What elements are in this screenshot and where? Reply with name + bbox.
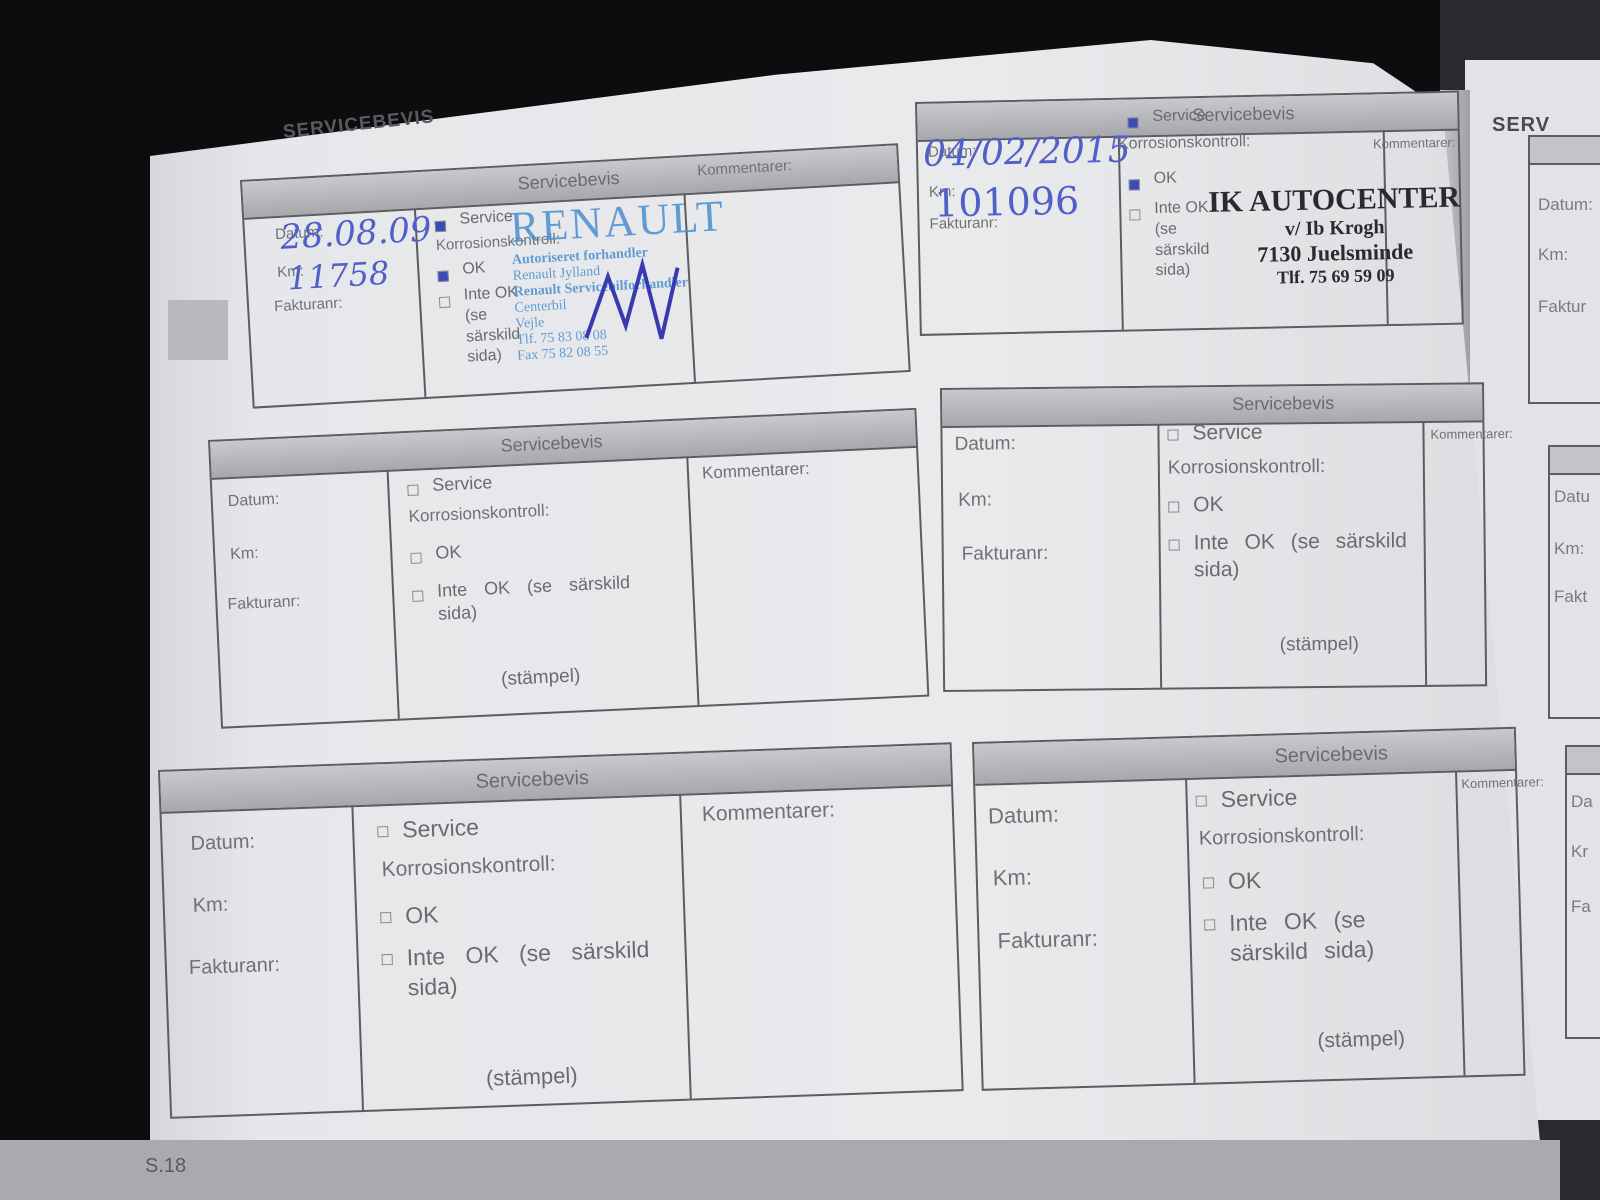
checkbox-icon [410,552,421,563]
stamp-label: (stämpel) [486,1063,579,1092]
comments-label: Kommentarer: [702,459,810,484]
card-header [1530,137,1600,165]
comments-label: Kommentarer: [701,798,835,827]
invoice-label: Fakt [1554,587,1587,607]
not-ok-checkbox[interactable]: Inte OK (se särskild sida) [1204,902,1461,969]
checkbox-icon [382,954,393,965]
service-checkbox[interactable]: Service [407,471,493,498]
checkbox-icon [412,590,423,601]
service-card-bottom-left: Servicebevis Datum: Km: Fakturanr: Servi… [158,742,964,1118]
checkbox-icon [1204,919,1215,930]
checkbox-icon [1168,502,1179,513]
ok-checkbox[interactable]: OK [380,900,439,932]
corrosion-label: Korrosionskontroll: [1118,133,1251,154]
card-header-title: Servicebevis [500,431,603,457]
service-card-middle-left: Servicebevis Datum: Km: Fakturanr: Servi… [208,408,929,729]
checkbox-icon [1203,877,1214,888]
checkbox-icon [1167,430,1178,441]
km-label: Km: [230,545,259,564]
invoice-label: Faktur [1538,297,1586,317]
service-card-middle-right: Servicebevis Datum: Km: Fakturanr: Servi… [940,382,1487,692]
date-label: Da [1571,792,1593,812]
handwritten-date: 04/02/2015 [923,130,1131,175]
corrosion-label: Korrosionskontroll: [1168,456,1326,480]
ok-checkbox[interactable]: OK [410,541,462,567]
invoice-label: Fakturanr: [997,926,1098,955]
service-card-bottom-right: Servicebevis Datum: Km: Fakturanr: Servi… [972,727,1526,1091]
right-page-card-2: Datu Km: Fakt [1548,445,1600,719]
ok-checkbox[interactable]: OK [1203,866,1262,898]
date-label: Datum: [190,831,255,856]
invoice-label: Fakturanr: [189,954,281,980]
card-header-title: Servicebevis [517,168,620,195]
not-ok-checkbox[interactable]: Inte OK (se särskild sida) [381,934,683,1004]
card-header-title: Servicebevis [1192,103,1294,126]
not-ok-checkbox[interactable]: Inte OK (se särskild sida) [1129,198,1211,283]
stamp-label: (stämpel) [1317,1027,1405,1053]
ok-checkbox[interactable]: OK [1168,491,1224,519]
stamp-label: (stämpel) [501,665,581,691]
date-label: Datum: [954,433,1015,456]
service-checkbox[interactable]: Service [1127,106,1206,129]
checkbox-icon [407,485,418,496]
card-header [1567,747,1600,775]
comments-label: Kommentarer: [1373,135,1456,152]
km-label: Km: [192,894,228,918]
date-label: Datum: [1538,195,1593,215]
dealer-stamp-ik-autocenter: IK AUTOCENTER v/ Ib Krogh 7130 Juelsmind… [1204,181,1466,290]
card-header [1550,447,1600,475]
checkbox-checked-icon [1127,117,1138,128]
handwritten-date: 28.08.09 [279,209,432,257]
date-label: Datum: [988,802,1060,830]
card-header-title: Servicebevis [475,767,589,794]
service-checkbox[interactable]: Service [1167,419,1262,447]
ok-checkbox[interactable]: OK [437,258,486,282]
comments-label: Kommentarer: [1461,774,1544,791]
ok-checkbox[interactable]: OK [1128,169,1177,191]
invoice-label: Fa [1571,897,1591,917]
invoice-label: Fakturanr: [962,543,1049,566]
checkbox-icon [1169,539,1180,550]
km-label: Km: [1554,539,1584,559]
service-checkbox[interactable]: Service [434,207,513,232]
checkbox-icon [439,296,451,308]
service-checkbox[interactable]: Service [377,813,480,846]
right-page-card-3: Da Kr Fa [1565,745,1600,1039]
km-label: Km: [992,864,1032,891]
checkbox-checked-icon [435,221,447,233]
right-page-card-1: Datum: Km: Faktur [1528,135,1600,404]
card-header-title: Servicebevis [1274,742,1388,768]
checkbox-checked-icon [437,271,449,283]
right-page-title: SERV [1492,114,1550,137]
service-checkbox[interactable]: Service [1195,783,1297,816]
card-header-title: Servicebevis [1232,393,1334,415]
not-ok-checkbox[interactable]: Inte OK (se särskild sida) [1168,527,1424,584]
signature-scribble [577,252,692,358]
date-label: Datum: [227,491,279,511]
km-label: Km: [1538,245,1568,265]
handwritten-km: 11758 [287,254,391,298]
checkbox-icon [380,912,391,923]
lower-page-edge [0,1140,1560,1200]
checkbox-icon [377,826,388,837]
service-card-top-left: Servicebevis Datum: Km: Fakturanr: Servi… [240,143,911,408]
page-number: S.18 [145,1155,186,1178]
km-label: Kr [1571,842,1588,862]
checkbox-checked-icon [1129,179,1140,190]
checkbox-icon [1196,795,1207,806]
date-label: Datu [1554,487,1590,507]
handwritten-km: 101096 [934,179,1080,226]
invoice-label: Fakturanr: [227,593,301,614]
km-label: Km: [958,489,992,511]
page-tab-marker [168,300,228,360]
service-card-top-right: Servicebevis Datum: Km: Fakturanr: Servi… [915,91,1464,336]
corrosion-label: Korrosionskontroll: [1198,823,1364,851]
stamp-label: (stämpel) [1280,634,1359,657]
comments-label: Kommentarer: [1430,426,1513,442]
checkbox-icon [1129,209,1140,220]
